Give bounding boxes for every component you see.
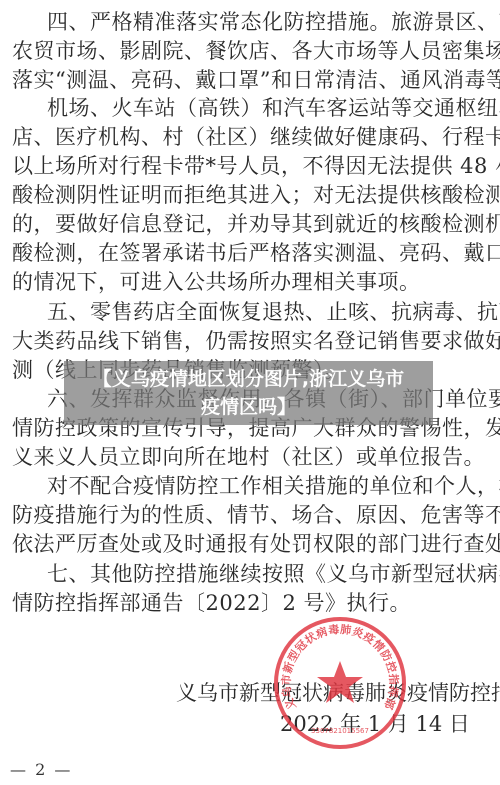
- text-line: 义来义人员立即向所在地村（社区）或单位报告。: [12, 443, 488, 471]
- text-line: 的，要做好信息登记，并劝导其到就近的核酸检测机构进行核: [12, 210, 488, 238]
- text-line: 依法严厉查处或及时通报有处罚权限的部门进行查处。: [12, 530, 488, 558]
- banner-title-line-1: 【义乌疫情地区划分图片,浙江义乌市: [64, 365, 433, 393]
- text-line: 情防控指挥部通告〔2022〕2 号》执行。: [12, 589, 488, 617]
- banner-title-line-2: 疫情区吗】: [64, 393, 433, 421]
- issuer-signature: 义乌市新型冠状病毒肺炎疫情防控指挥部: [176, 679, 488, 707]
- text-line: 农贸市场、影剧院、餐饮店、各大市场等人员密集场所，严格: [12, 37, 488, 65]
- text-line: 以上场所对行程卡带*号人员，不得因无法提供 48 小时内的核: [12, 152, 488, 180]
- text-line: 的情况下，可进入公共场所办理相关事项。: [12, 268, 488, 296]
- text-line: 对不配合疫情防控工作相关措施的单位和个人，根据违反: [47, 472, 488, 500]
- text-line: 酸检测，在签署承诺书后严格落实测温、亮码、戴口罩等措施: [12, 239, 488, 267]
- issue-date: 2022 年 1 月 14 日: [280, 710, 413, 738]
- text-line: 酸检测阴性证明而拒绝其进入；对无法提供核酸检测阴性证明: [12, 181, 488, 209]
- text-line: 店、医疗机构、村（社区）继续做好健康码、行程卡联动核查，: [12, 123, 488, 151]
- text-line: 大类药品线下销售，仍需按照实名登记销售要求做好上报与监: [12, 327, 488, 355]
- title-overlay-banner: 【义乌疫情地区划分图片,浙江义乌市 疫情区吗】: [64, 361, 433, 425]
- document-page: 四、严格精准落实常态化防控措施。旅游景区、商场超市、 农贸市场、影剧院、餐饮店、…: [0, 0, 500, 785]
- text-line: 五、零售药店全面恢复退热、止咳、抗病毒、抗菌素等四: [47, 298, 488, 326]
- page-number: — 2 —: [10, 760, 72, 779]
- text-line: 防疫措施行为的性质、情节、场合、原因、危害等不同情况，: [12, 501, 488, 529]
- text-line: 落实“测温、亮码、戴口罩”和日常清洁、通风消毒等措施。: [12, 66, 488, 94]
- text-line: 七、其他防控措施继续按照《义乌市新型冠状病毒肺炎疫: [47, 560, 488, 588]
- text-line: 机场、火车站（高铁）和汽车客运站等交通枢纽、宾馆酒: [47, 94, 488, 122]
- text-line: 四、严格精准落实常态化防控措施。旅游景区、商场超市、: [47, 8, 488, 36]
